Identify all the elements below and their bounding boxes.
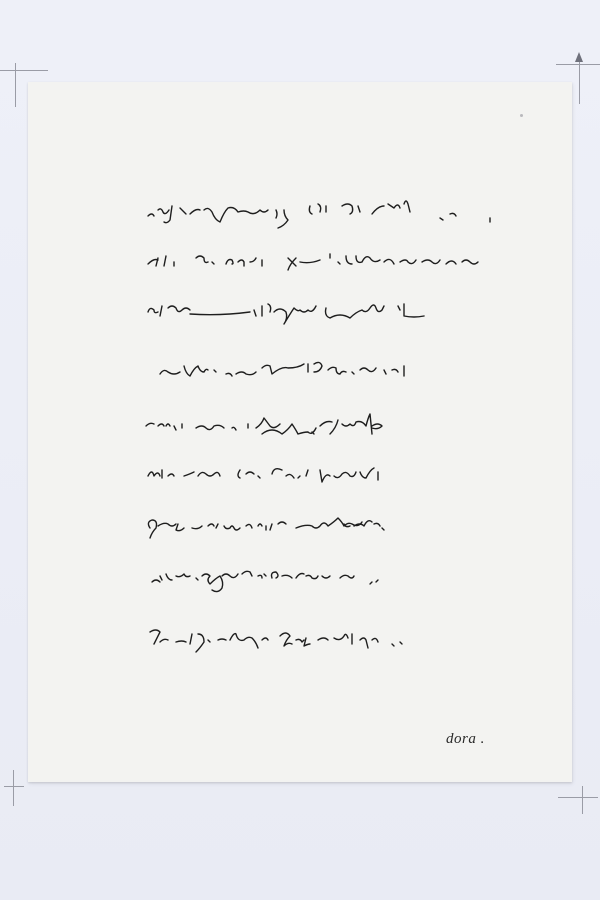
shorthand-line-7: [148, 518, 384, 538]
shorthand-line-6: [148, 468, 378, 482]
shorthand-line-5: [146, 414, 382, 434]
shorthand-line-9: [150, 630, 402, 652]
shorthand-line-1: [148, 201, 490, 228]
shorthand-line-4: [160, 362, 404, 376]
shorthand-text-block: [0, 0, 600, 900]
shorthand-line-8: [152, 571, 378, 591]
shorthand-line-2: [148, 254, 478, 270]
shorthand-line-3: [148, 304, 424, 324]
signature: dora .: [446, 731, 485, 748]
